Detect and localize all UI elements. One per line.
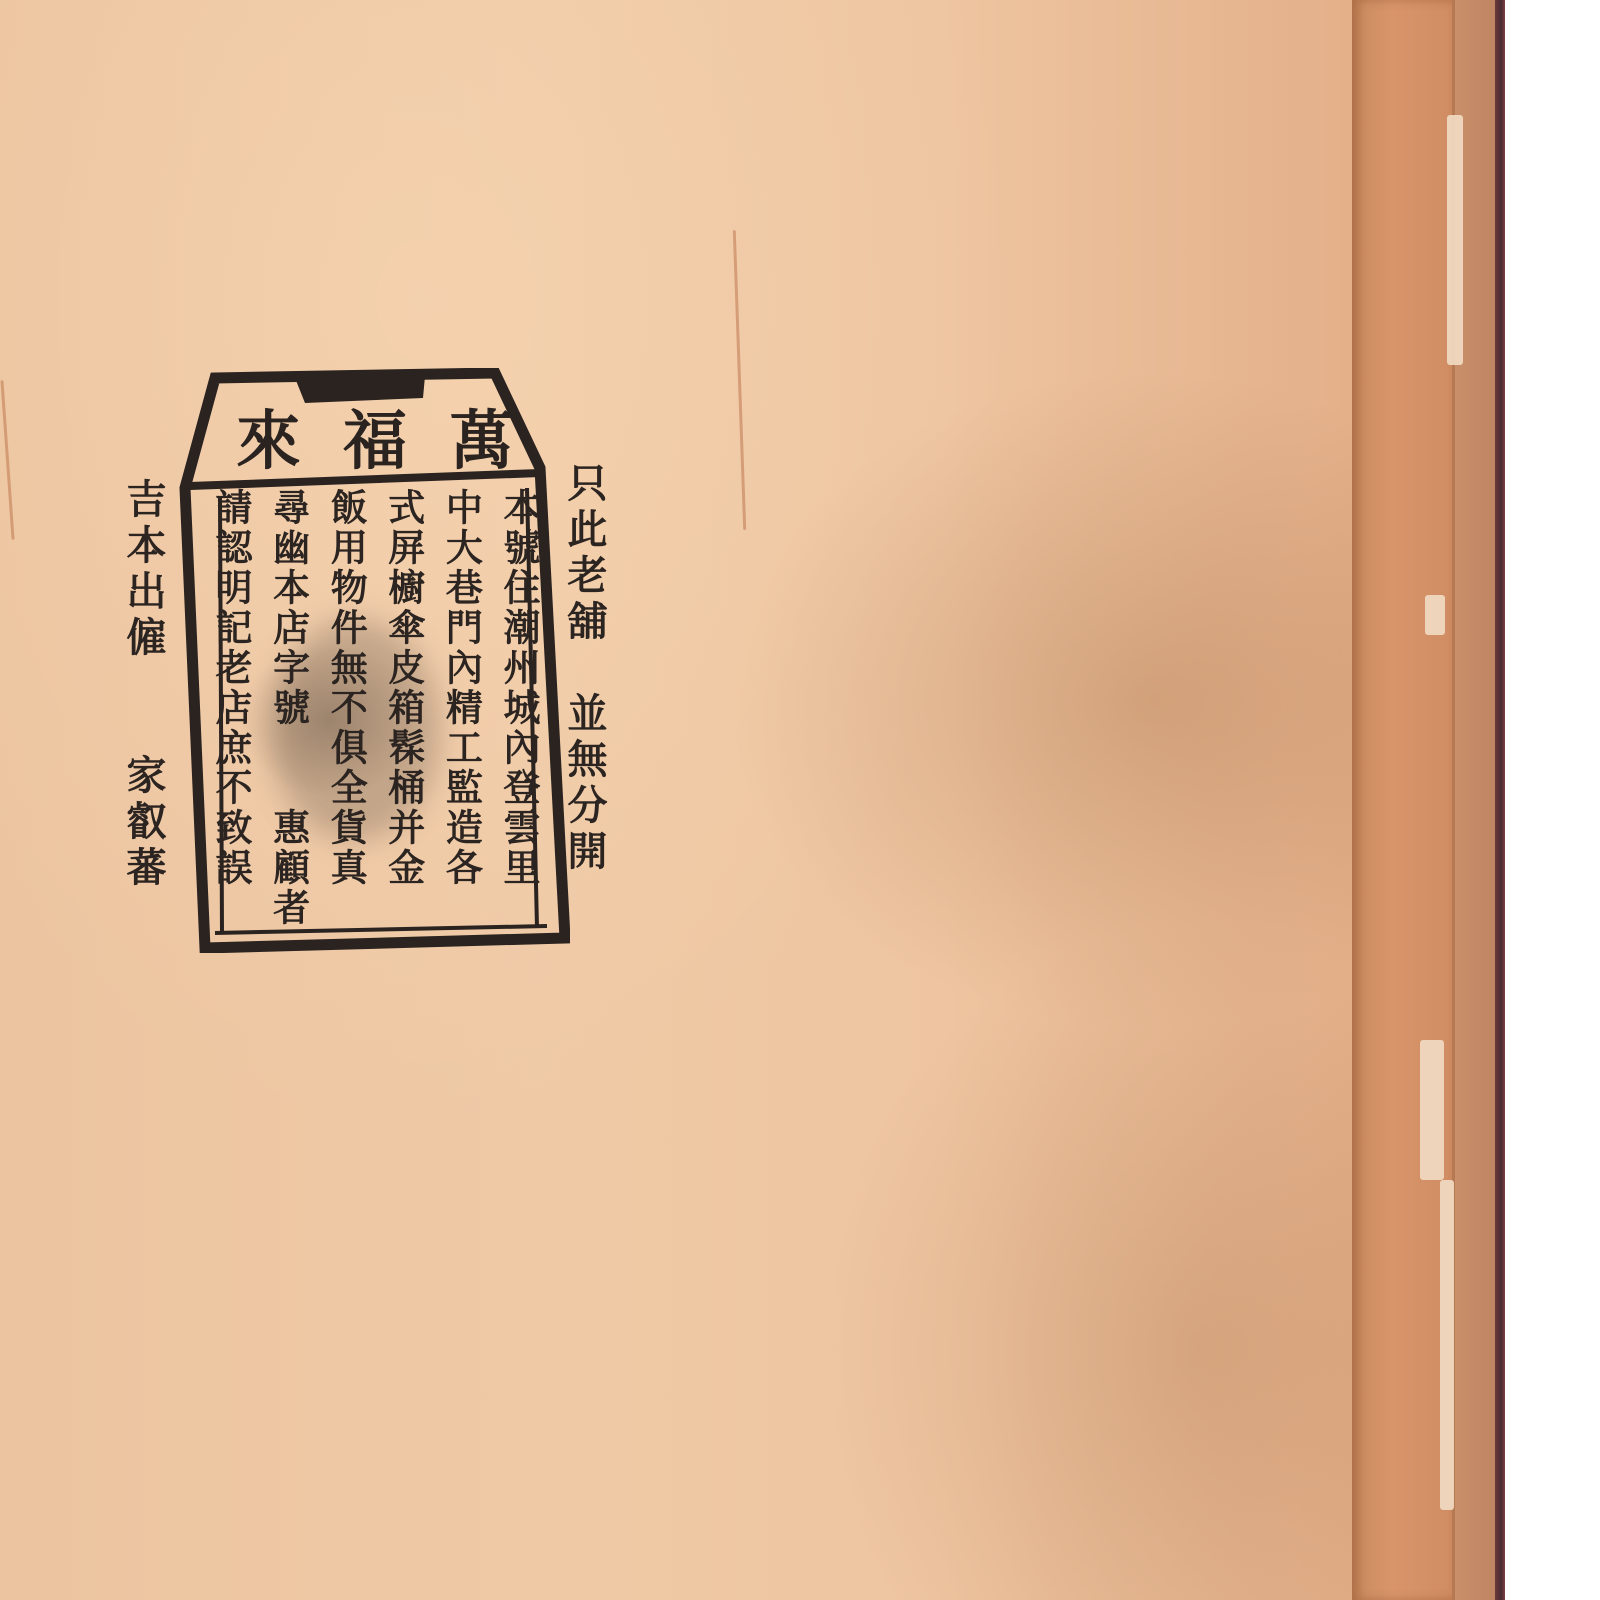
title-char: 來 xyxy=(236,390,300,482)
text-column: 尋幽本店字號 惠顧者 xyxy=(263,488,315,938)
box-inner-wall xyxy=(1352,0,1452,1600)
paper-tear xyxy=(1420,1040,1444,1180)
label-left-side-text: 吉本出僱 家叡蕃 xyxy=(115,478,172,892)
paper-tear xyxy=(1440,1180,1454,1510)
lacquer-edge xyxy=(1495,0,1505,1600)
text-column: 中大巷門內精工監造各 xyxy=(435,488,487,938)
label-title: 萬 福 來 xyxy=(215,396,535,476)
label-body: 本號住潮州城內登雲里 中大巷門內精工監造各 式屏櫥傘皮箱髹桶并金 飯用物件無不俱… xyxy=(205,488,545,938)
title-char: 福 xyxy=(343,390,407,482)
text-column: 飯用物件無不俱全貨真 xyxy=(320,488,372,938)
text-column: 請認明記老店庶不致誤 xyxy=(205,488,257,938)
shop-label-stamp: 萬 福 來 本號住潮州城內登雲里 中大巷門內精工監造各 式屏櫥傘皮箱髹桶并金 飯… xyxy=(175,368,570,953)
text-column: 本號住潮州城內登雲里 xyxy=(493,488,545,938)
title-char: 萬 xyxy=(450,390,514,482)
paper-tear xyxy=(1425,595,1445,635)
paper-tear xyxy=(1447,115,1463,365)
text-column: 式屏櫥傘皮箱髹桶并金 xyxy=(378,488,430,938)
label-right-side-text: 只此老舖 並無分開 xyxy=(556,462,613,876)
